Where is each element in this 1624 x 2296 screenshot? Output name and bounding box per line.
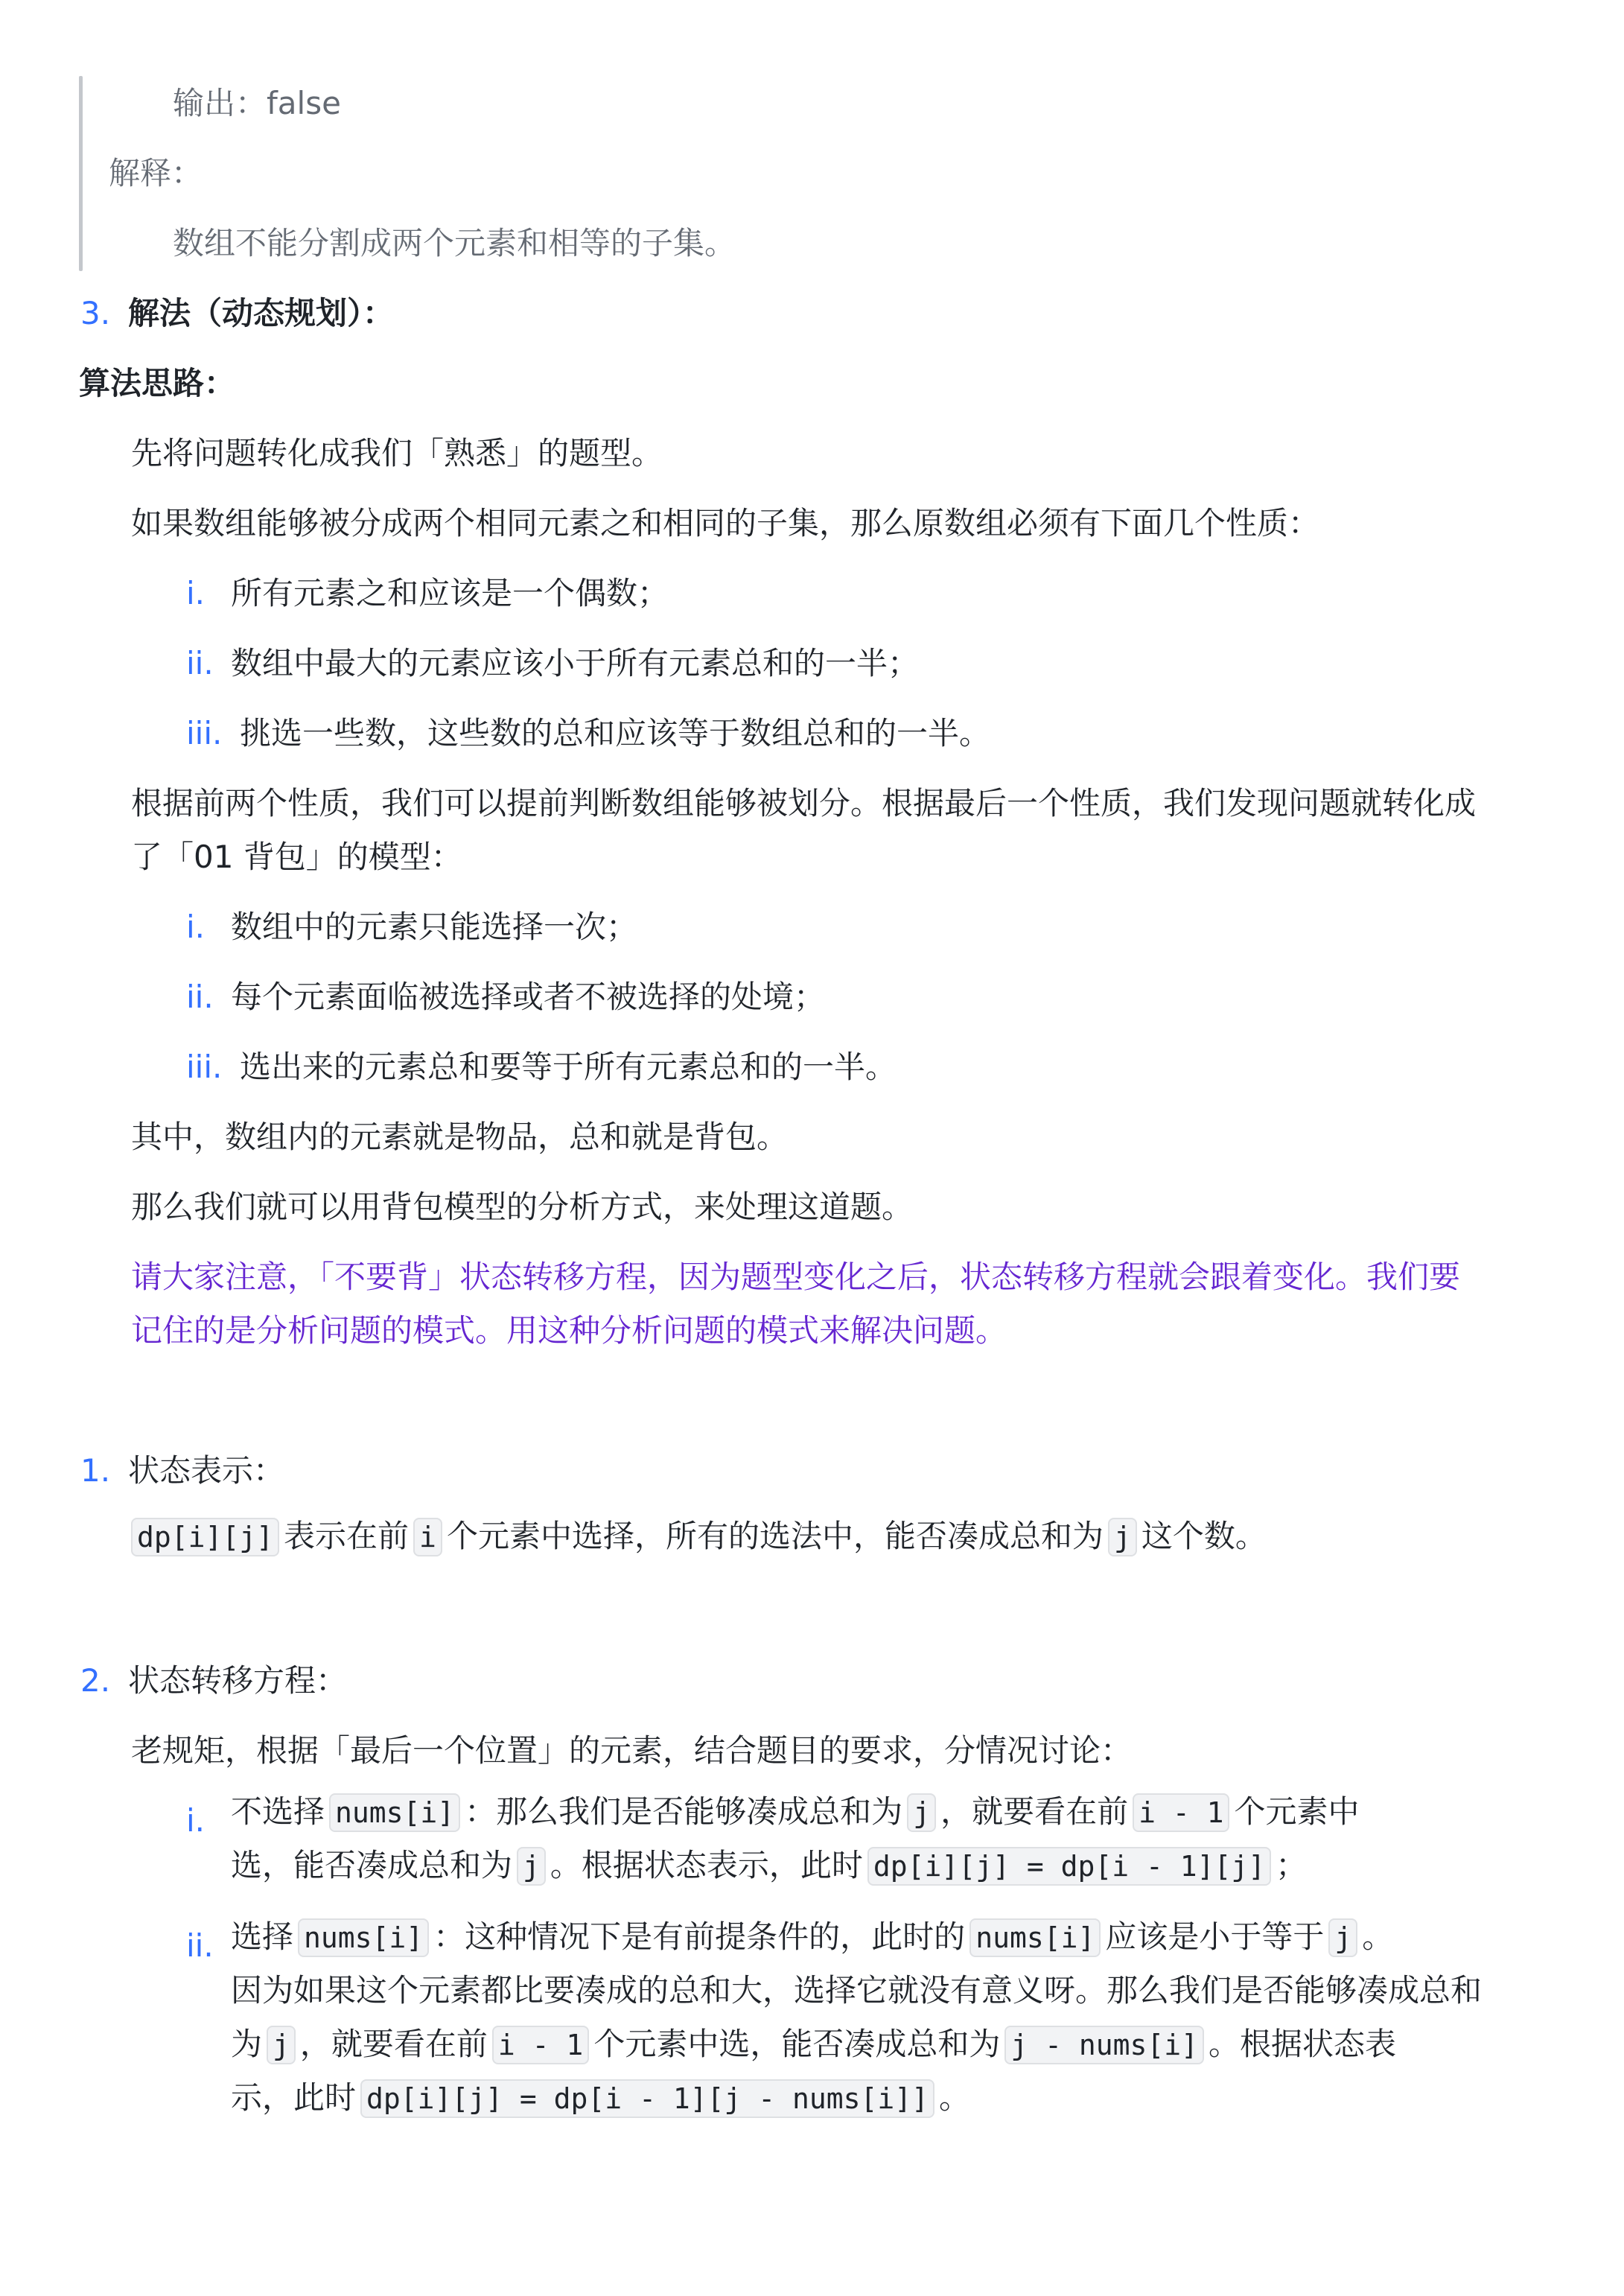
list-marker: iii. — [186, 718, 222, 749]
list-marker: ii. — [186, 1930, 214, 1962]
text: ：那么我们是否能够凑成总和为 — [465, 1793, 902, 1830]
paragraph: 了「01 背包」的模型： — [131, 842, 462, 873]
text: 个元素中 — [1234, 1793, 1359, 1830]
paragraph: 其中，数组内的元素就是物品，总和就是背包。 — [131, 1122, 788, 1153]
text: ：这种情况下是有前提条件的，此时的 — [433, 1918, 965, 1955]
paragraph: 那么我们就可以用背包模型的分析方式，来处理这道题。 — [131, 1192, 913, 1223]
inline-code: i - 1 — [1133, 1793, 1229, 1832]
inline-code: j - nums[i] — [1004, 2026, 1204, 2064]
step-number: 2. — [80, 1665, 110, 1696]
list-item: 所有元素之和应该是一个偶数； — [231, 578, 669, 609]
case-line: 为j，就要看在前i - 1个元素中选，能否凑成总和为j - nums[i]。根据… — [231, 2024, 1396, 2065]
list-marker: ii. — [186, 648, 214, 679]
list-item: 数组中最大的元素应该小于所有元素总和的一半； — [231, 648, 919, 679]
note-text: 请大家注意，「不要背」状态转移方程，因为题型变化之后，状态转移方程就会跟着变化。… — [131, 1262, 1460, 1293]
list-marker: ii. — [186, 982, 214, 1013]
paragraph: 老规矩，根据「最后一个位置」的元素，结合题目的要求，分情况讨论： — [131, 1735, 1132, 1766]
list-marker: iii. — [186, 1052, 222, 1083]
text: ，就要看在前 — [940, 1793, 1128, 1830]
step-title: 状态转移方程： — [128, 1665, 347, 1696]
text: 这个数。 — [1141, 1518, 1267, 1554]
inline-code: nums[i] — [298, 1918, 429, 1957]
list-marker: i. — [186, 578, 205, 609]
paragraph: 根据前两个性质，我们可以提前判断数组能够被划分。根据最后一个性质，我们发现问题就… — [131, 788, 1476, 819]
text: ，就要看在前 — [300, 2026, 488, 2062]
paragraph: 如果数组能够被分成两个相同元素之和相同的子集，那么原数组必须有下面几个性质： — [131, 508, 1319, 539]
step-number: 1. — [80, 1455, 110, 1486]
text: 。根据状态表 — [1209, 2026, 1396, 2062]
blockquote-bar — [79, 76, 83, 271]
inline-code: i — [413, 1518, 442, 1556]
list-item: 数组中的元素只能选择一次； — [231, 912, 637, 943]
inline-code: dp[i][j] = dp[i - 1][j] — [867, 1847, 1271, 1886]
text: 个元素中选择，所有的选法中，能否凑成总和为 — [447, 1518, 1104, 1554]
text: 。根据状态表示，此时 — [550, 1847, 863, 1883]
list-marker: i. — [186, 912, 205, 943]
text: 应该是小于等于 — [1105, 1918, 1324, 1955]
case-line: 选，能否凑成总和为j。根据状态表示，此时dp[i][j] = dp[i - 1]… — [231, 1845, 1307, 1886]
text: 个元素中选，能否凑成总和为 — [593, 2026, 1000, 2062]
step-title: 状态表示： — [128, 1455, 284, 1486]
text: 示，此时 — [231, 2079, 356, 2116]
inline-code: i - 1 — [492, 2026, 589, 2064]
inline-code: nums[i] — [969, 1918, 1101, 1957]
note-text: 记住的是分析问题的模式。用这种分析问题的模式来解决问题。 — [131, 1315, 1007, 1346]
inline-code: j — [1328, 1918, 1357, 1957]
list-item: 每个元素面临被选择或者不被选择的处境； — [231, 982, 825, 1013]
list-marker: i. — [186, 1805, 205, 1837]
explain-label: 解释： — [109, 158, 203, 189]
case-line: 选择nums[i]：这种情况下是有前提条件的，此时的nums[i]应该是小于等于… — [231, 1917, 1393, 1958]
inline-code: j — [1108, 1518, 1137, 1556]
inline-code: nums[i] — [329, 1793, 460, 1832]
inline-code: dp[i][j] — [131, 1518, 279, 1556]
case-line: 不选择nums[i]：那么我们是否能够凑成总和为j，就要看在前i - 1个元素中 — [231, 1792, 1360, 1833]
case-line: 因为如果这个元素都比要凑成的总和大，选择它就没有意义呀。那么我们是否能够凑成总和 — [231, 1971, 1482, 2012]
text: 为 — [231, 2026, 262, 2062]
section-title: 解法（动态规划）： — [128, 298, 394, 329]
list-item: 挑选一些数，这些数的总和应该等于数组总和的一半。 — [240, 718, 990, 749]
inline-code: dp[i][j] = dp[i - 1][j - nums[i]] — [360, 2079, 934, 2118]
inline-code: j — [517, 1847, 546, 1886]
paragraph: 先将问题转化成我们「熟悉」的题型。 — [131, 438, 663, 469]
text: 。 — [1362, 1918, 1393, 1955]
list-item: 选出来的元素总和要等于所有元素总和的一半。 — [240, 1052, 897, 1083]
inline-code: j — [907, 1793, 936, 1832]
text: 选，能否凑成总和为 — [231, 1847, 512, 1883]
output-line: 输出：false — [173, 88, 341, 119]
text: ； — [1276, 1847, 1307, 1883]
inline-code: j — [267, 2026, 296, 2064]
state-definition: dp[i][j]表示在前i个元素中选择，所有的选法中，能否凑成总和为j这个数。 — [131, 1516, 1267, 1557]
section-number: 3. — [80, 298, 110, 329]
case-line: 示，此时dp[i][j] = dp[i - 1][j - nums[i]]。 — [231, 2078, 970, 2119]
text: 选择 — [231, 1918, 293, 1955]
algo-heading: 算法思路： — [79, 368, 235, 399]
text: 表示在前 — [284, 1518, 409, 1554]
text: 。 — [939, 2079, 970, 2116]
explain-text: 数组不能分割成两个元素和相等的子集。 — [173, 228, 736, 259]
text: 不选择 — [231, 1793, 325, 1830]
